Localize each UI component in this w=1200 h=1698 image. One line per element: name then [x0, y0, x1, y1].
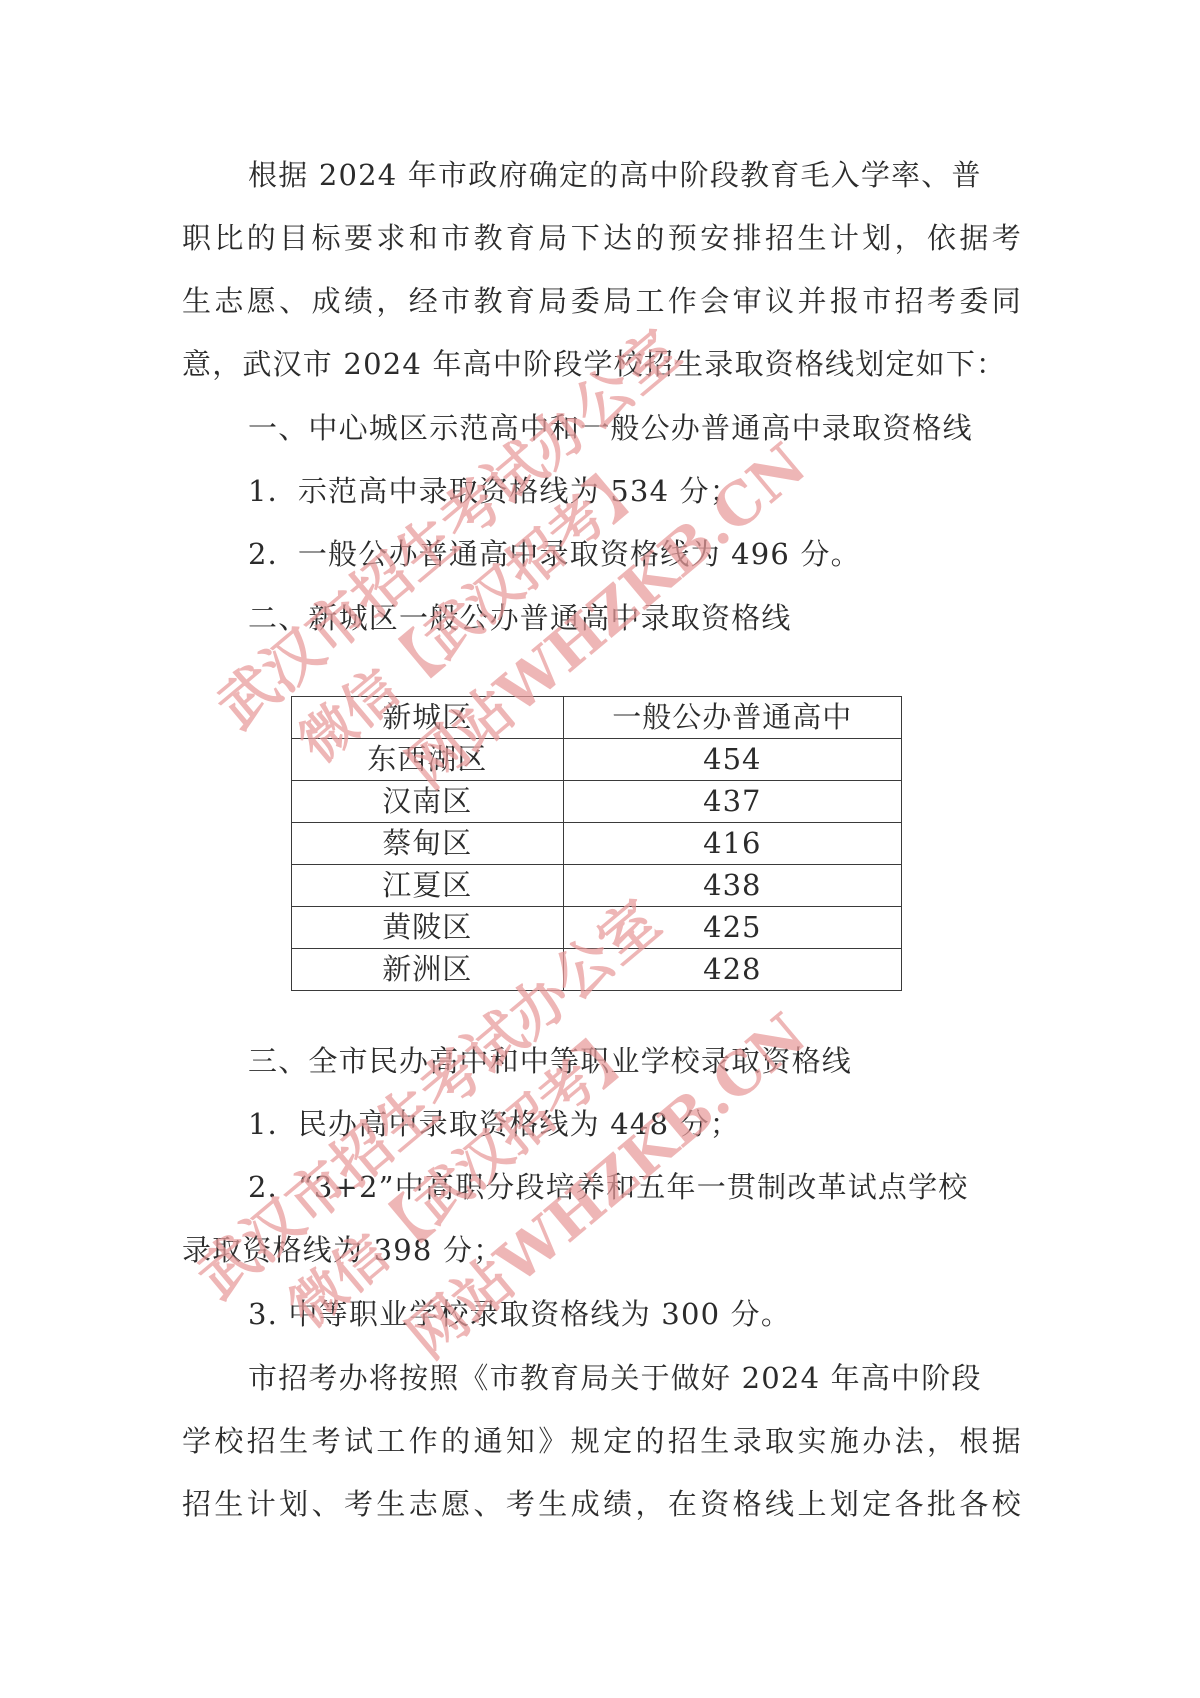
closing-line-2: 学校招生考试工作的通知》规定的招生录取实施办法，根据 — [182, 1421, 1022, 1461]
cutoff-score: 454 — [563, 739, 901, 781]
section3-item-2-line-1: 2．“3+2”中高职分段培养和五年一贯制改革试点学校 — [248, 1167, 1022, 1207]
section1-item-2: 2．一般公办普通高中录取资格线为 496 分。 — [248, 534, 1088, 574]
table-row: 新洲区 428 — [292, 949, 902, 991]
intro-line-1: 根据 2024 年市政府确定的高中阶段教育毛入学率、普 — [248, 155, 1022, 195]
intro-line-2: 职比的目标要求和市教育局下达的预安排招生计划，依据考 — [182, 218, 1022, 258]
table-row: 东西湖区 454 — [292, 739, 902, 781]
district-name: 江夏区 — [292, 865, 564, 907]
district-name: 蔡甸区 — [292, 823, 564, 865]
section1-item-1: 1．示范高中录取资格线为 534 分； — [248, 471, 1088, 511]
district-name: 新洲区 — [292, 949, 564, 991]
cutoff-score: 437 — [563, 781, 901, 823]
section3-heading: 三、全市民办高中和中等职业学校录取资格线 — [248, 1041, 1088, 1081]
table-row: 黄陂区 425 — [292, 907, 902, 949]
district-name: 东西湖区 — [292, 739, 564, 781]
table-header-public-high-school: 一般公办普通高中 — [563, 697, 901, 739]
section3-item-1: 1．民办高中录取资格线为 448 分； — [248, 1104, 1088, 1144]
district-name: 汉南区 — [292, 781, 564, 823]
document-page: 根据 2024 年市政府确定的高中阶段教育毛入学率、普 职比的目标要求和市教育局… — [0, 0, 1200, 1698]
district-name: 黄陂区 — [292, 907, 564, 949]
table-row: 江夏区 438 — [292, 865, 902, 907]
section3-item-2-line-2: 录取资格线为 398 分； — [182, 1230, 1022, 1270]
section1-heading: 一、中心城区示范高中和一般公办普通高中录取资格线 — [248, 408, 1088, 448]
cutoff-score: 428 — [563, 949, 901, 991]
table-row: 蔡甸区 416 — [292, 823, 902, 865]
table-header-district: 新城区 — [292, 697, 564, 739]
cutoff-score: 416 — [563, 823, 901, 865]
intro-line-3: 生志愿、成绩，经市教育局委局工作会审议并报市招考委同 — [182, 281, 1022, 321]
cutoff-score: 425 — [563, 907, 901, 949]
new-district-cutoff-table: 新城区 一般公办普通高中 东西湖区 454 汉南区 437 蔡甸区 416 — [291, 696, 902, 991]
table-row: 汉南区 437 — [292, 781, 902, 823]
intro-line-4: 意，武汉市 2024 年高中阶段学校招生录取资格线划定如下： — [182, 344, 1022, 384]
table-header-row: 新城区 一般公办普通高中 — [292, 697, 902, 739]
section2-heading: 二、新城区一般公办普通高中录取资格线 — [248, 598, 1088, 638]
closing-line-1: 市招考办将按照《市教育局关于做好 2024 年高中阶段 — [248, 1358, 1022, 1398]
closing-line-3: 招生计划、考生志愿、考生成绩，在资格线上划定各批各校 — [182, 1484, 1022, 1524]
cutoff-score: 438 — [563, 865, 901, 907]
section3-item-3: 3. 中等职业学校录取资格线为 300 分。 — [248, 1294, 1088, 1334]
